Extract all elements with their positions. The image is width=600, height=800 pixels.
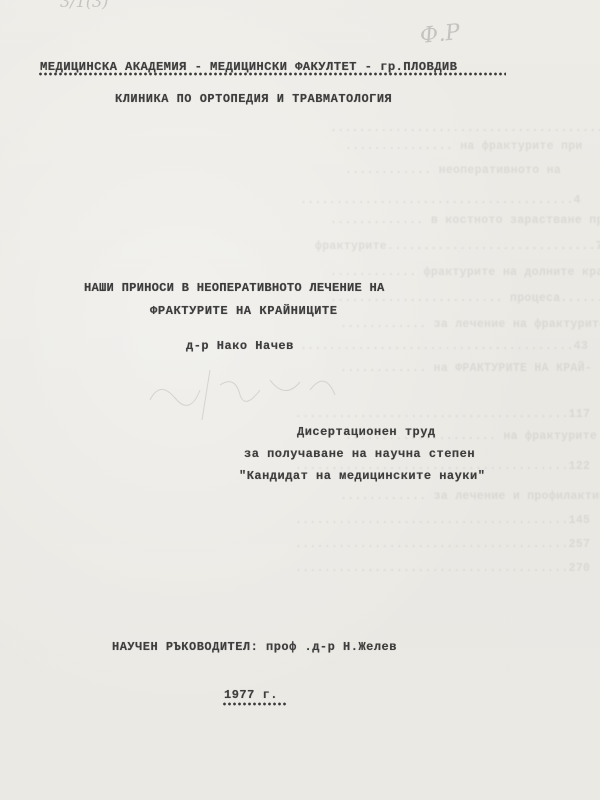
bleed-line: ............... на фрактурите при	[345, 140, 583, 153]
dissertation-label-line-3: "Кандидат на медицинските науки"	[239, 469, 485, 483]
bleed-line: ............ за лечение и профилактика	[340, 490, 600, 503]
bleed-line: ......................................43	[300, 340, 588, 353]
bleed-line: ............ фрактурите на долните кра-	[330, 266, 600, 279]
bleed-line: ............ за лечение на фрактурите	[340, 318, 600, 331]
pencil-annotation-top-right: Ф.Р	[419, 20, 461, 49]
bleed-line: ......................................25…	[295, 538, 590, 551]
pencil-scribble	[140, 360, 360, 430]
bleed-line: ............ неоперативното на	[345, 164, 561, 177]
dissertation-label-line-2: за получаване на научна степен	[244, 447, 475, 461]
bleed-line: ......................................27…	[295, 562, 590, 575]
pencil-annotation-top-left: 3/1(3)	[60, 0, 108, 11]
bleed-line: ......................................32	[330, 122, 600, 135]
dissertation-label-line-1: Дисертационен труд	[297, 425, 436, 439]
author-name: д-р Нако Начев	[186, 339, 294, 353]
dissertation-title-line-1: НАШИ ПРИНОСИ В НЕОПЕРАТИВНОТО ЛЕЧЕНИЕ НА	[84, 281, 385, 295]
dissertation-title-line-2: ФРАКТУРИТЕ НА КРАЙНИЦИТЕ	[150, 304, 338, 318]
scientific-supervisor: НАУЧЕН РЪКОВОДИТЕЛ: проф .д-р Н.Желев	[112, 640, 397, 654]
bleed-line: фрактурите.............................7	[315, 240, 600, 253]
bleed-line: ......................................14…	[295, 514, 590, 527]
clinic-name: КЛИНИКА ПО ОРТОПЕДИЯ И ТРАВМАТОЛОГИЯ	[115, 92, 392, 106]
bleed-line: ......................................4	[300, 194, 581, 207]
bleed-line: ............. в костното зарастване при	[330, 214, 600, 227]
year: 1977 г.	[224, 688, 278, 702]
bleed-line: ............ на ФРАКТУРИТЕ НА КРАЙ-	[340, 362, 592, 375]
year-underline	[222, 702, 286, 706]
header-underline	[38, 72, 506, 76]
document-page: ......................................32…	[0, 0, 600, 800]
